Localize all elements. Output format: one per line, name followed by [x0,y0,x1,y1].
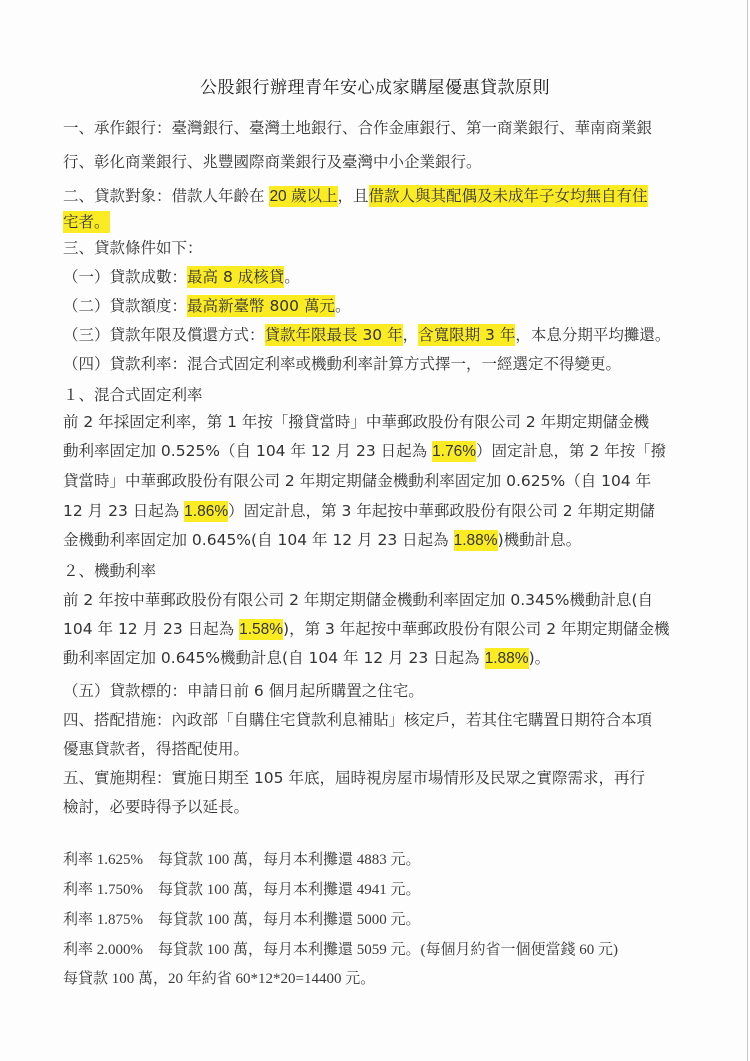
mixed-l2a: 動利率固定加 0.525%（自 104 年 12 月 23 日起為 [63,442,432,460]
note-line-2: 利率 1.750% 每貸款 100 萬，每月本利攤還 4941 元。 [63,878,421,902]
mixed-l5a: 金機動利率固定加 0.645%(自 104 年 12 月 23 日起為 [63,531,454,549]
section-4-line-2: 優惠貸款者，得搭配使用。 [63,737,249,761]
s3-2-end: 。 [335,297,351,315]
highlight-loan-term: 貸款年限最長 30 年 [265,324,403,346]
mixed-l5b: )機動計息。 [498,531,582,549]
section-3-3: （三）貸款年限及償還方式：貸款年限最長 30 年，含寬限期 3 年，本息分期平均… [63,323,670,347]
mixed-rate-line-4: 12 月 23 日起為 1.86%）固定計息，第 3 年起按中華郵政股份有限公司… [63,499,655,524]
section-3-5: （五）貸款標的：申請日前 6 個月起所購置之住宅。 [63,679,424,703]
mixed-rate-line-2: 動利率固定加 0.525%（自 104 年 12 月 23 日起為 1.76%）… [63,439,666,464]
s3-2-label: （二）貸款額度： [63,297,187,315]
page-edge [747,0,748,1061]
section-1-line-1: 一、承作銀行：臺灣銀行、臺灣土地銀行、合作金庫銀行、第一商業銀行、華南商業銀 [63,116,652,140]
mixed-l4a: 12 月 23 日起為 [63,502,184,520]
floating-rate-line-1: 前 2 年按中華郵政股份有限公司 2 年期定期儲金機動利率固定加 0.345%機… [63,588,653,612]
note-line-5: 每貸款 100 萬，20 年約省 60*12*20=14400 元。 [63,967,375,991]
highlight-rate-186: 1.86% [184,501,228,522]
floating-rate-heading: ２、機動利率 [63,559,156,583]
s3-1-label: （一）貸款成數： [63,268,187,286]
highlight-rate-188-mixed: 1.88% [454,530,498,551]
note-line-3: 利率 1.875% 每貸款 100 萬，每月本利攤還 5000 元。 [63,908,421,932]
section-5-line-1: 五、實施期程：實施日期至 105 年底，屆時視房屋市場情形及民眾之實際需求，再行 [63,766,645,790]
highlight-no-house-end: 宅者。 [63,211,110,233]
section-2-mid: ，且 [338,187,369,205]
float-l2b: )，第 3 年起按中華郵政股份有限公司 2 年期定期儲金機 [283,620,669,638]
float-l2a: 104 年 12 月 23 日起為 [63,620,239,638]
mixed-rate-line-3: 貸當時」中華郵政股份有限公司 2 年期定期儲金機動利率固定加 0.625%（自 … [63,469,651,493]
document-title: 公股銀行辦理青年安心成家購屋優惠貸款原則 [0,73,750,98]
s3-3-label: （三）貸款年限及償還方式： [63,326,265,344]
note-line-1: 利率 1.625% 每貸款 100 萬，每月本利攤還 4883 元。 [63,848,421,872]
mixed-l4b: ）固定計息，第 3 年起按中華郵政股份有限公司 2 年期定期儲 [228,502,655,520]
section-3-4: （四）貸款利率：混合式固定利率或機動利率計算方式擇一，一經選定不得變更。 [63,352,621,376]
section-3-2: （二）貸款額度：最高新臺幣 800 萬元。 [63,294,350,318]
highlight-loan-amount: 最高新臺幣 800 萬元 [187,295,335,317]
highlight-loan-ratio: 最高 8 成核貸 [187,266,284,288]
mixed-rate-heading: １、混合式固定利率 [63,383,203,407]
highlight-no-house: 借款人與其配偶及未成年子女均無自有住 [369,185,648,207]
section-1-line-2: 行、彰化商業銀行、兆豐國際商業銀行及臺灣中小企業銀行。 [63,150,482,174]
floating-rate-line-3: 動利率固定加 0.645%機動計息(自 104 年 12 月 23 日起為 1.… [63,646,550,671]
section-2-prefix: 二、貸款對象：借款人年齡在 [63,187,269,205]
floating-rate-line-2: 104 年 12 月 23 日起為 1.58%)，第 3 年起按中華郵政股份有限… [63,617,670,642]
highlight-rate-188-float: 1.88% [485,648,529,669]
section-2-line-2: 宅者。 [63,210,110,234]
highlight-rate-158: 1.58% [239,619,283,640]
float-l3b: )。 [529,649,551,667]
section-5-line-2: 檢討，必要時得予以延長。 [63,795,249,819]
s3-3-sep: ， [403,326,419,344]
section-2-line-1: 二、貸款對象：借款人年齡在 20 歲以上，且借款人與其配偶及未成年子女均無自有住 [63,184,648,209]
highlight-rate-176: 1.76% [432,441,476,462]
section-4-line-1: 四、搭配措施：內政部「自購住宅貸款利息補貼」核定戶，若其住宅購置日期符合本項 [63,708,652,732]
float-l3a: 動利率固定加 0.645%機動計息(自 104 年 12 月 23 日起為 [63,649,485,667]
highlight-grace-period: 含寬限期 3 年 [418,324,515,346]
s3-3-end: ，本息分期平均攤還。 [515,326,670,344]
section-3-1: （一）貸款成數：最高 8 成核貸。 [63,265,300,289]
s3-1-end: 。 [284,268,300,286]
section-3-heading: 三、貸款條件如下： [63,236,203,260]
mixed-rate-line-5: 金機動利率固定加 0.645%(自 104 年 12 月 23 日起為 1.88… [63,528,581,553]
mixed-l2b: ）固定計息，第 2 年按「撥 [476,442,666,460]
mixed-rate-line-1: 前 2 年採固定利率，第 1 年按「撥貸當時」中華郵政股份有限公司 2 年期定期… [63,410,649,434]
note-line-4: 利率 2.000% 每貸款 100 萬，每月本利攤還 5059 元。(每個月約省… [63,938,618,962]
highlight-age: 20 歲以上 [269,186,337,207]
